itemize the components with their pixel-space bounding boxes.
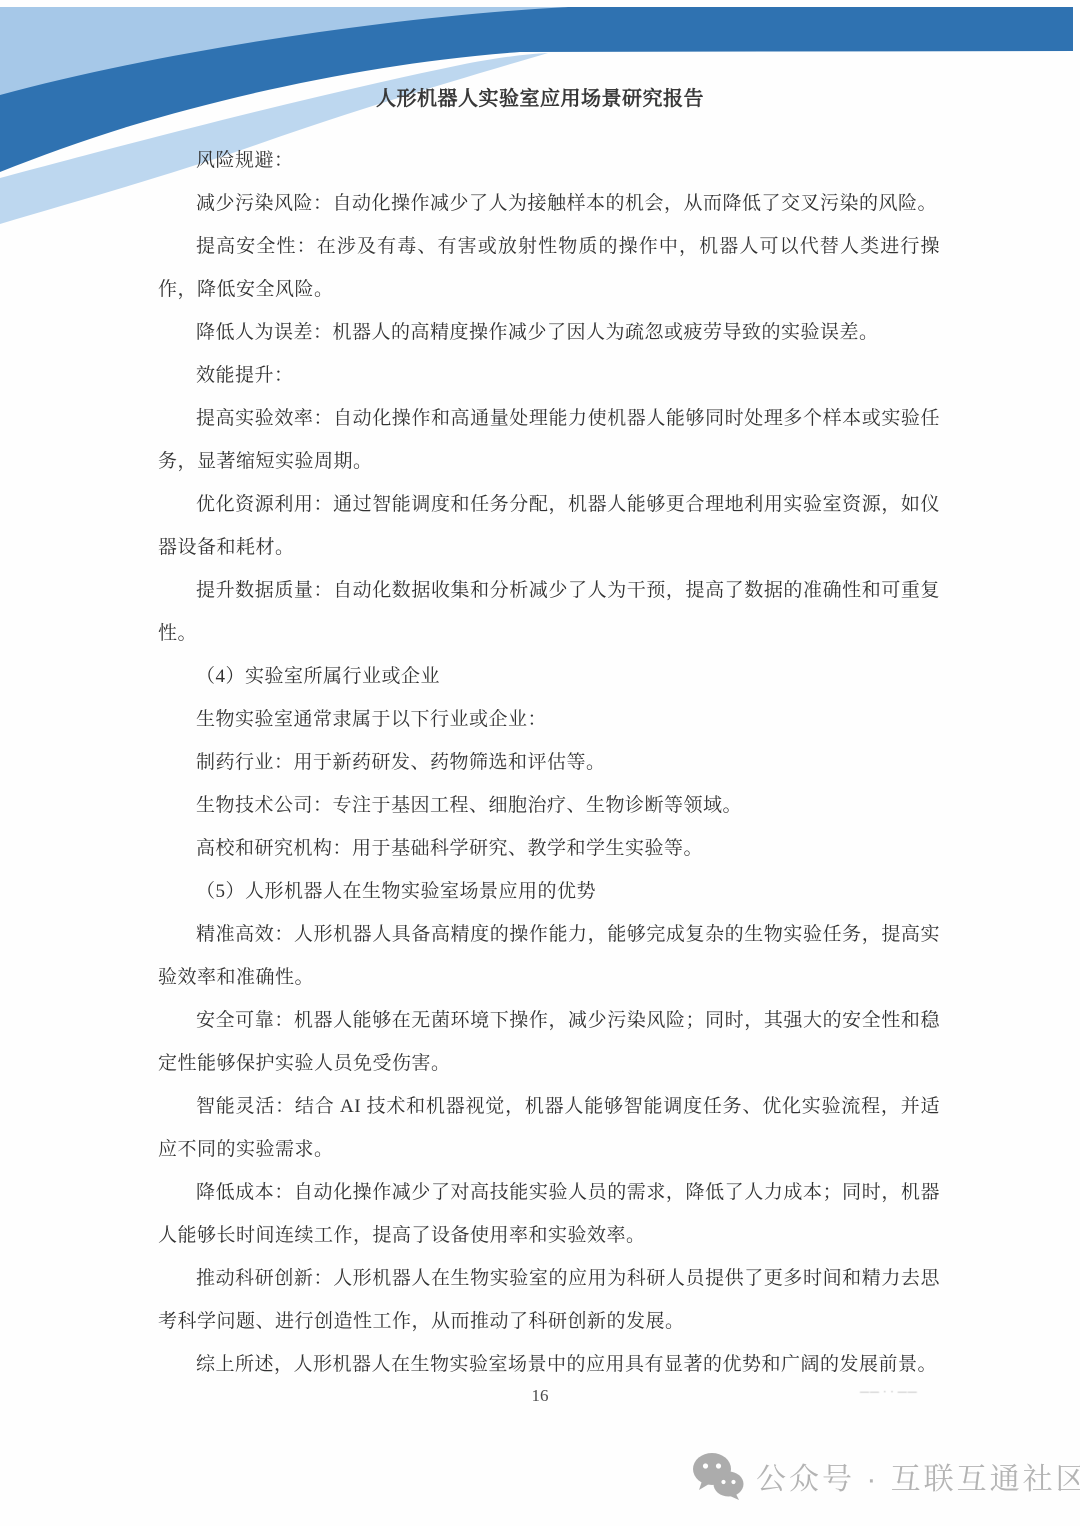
paragraph: 精准高效：人形机器人具备高精度的操作能力，能够完成复杂的生物实验任务，提高实验效… [158, 913, 940, 999]
corner-mark: —— · · —— [860, 1387, 940, 1395]
paragraph: 风险规避： [158, 139, 940, 182]
paragraph: 推动科研创新：人形机器人在生物实验室的应用为科研人员提供了更多时间和精力去思考科… [158, 1257, 940, 1343]
paragraph: 智能灵活：结合 AI 技术和机器视觉，机器人能够智能调度任务、优化实验流程，并适… [158, 1085, 940, 1171]
paragraph: 提升数据质量：自动化数据收集和分析减少了人为干预，提高了数据的准确性和可重复性。 [158, 569, 940, 655]
paragraph: 安全可靠：机器人能够在无菌环境下操作，减少污染风险；同时，其强大的安全性和稳定性… [158, 999, 940, 1085]
paragraph: 生物实验室通常隶属于以下行业或企业： [158, 698, 940, 741]
footer-watermark-label: 公众号 · 互联互通社区 [756, 1454, 1080, 1498]
paragraph: 综上所述，人形机器人在生物实验室场景中的应用具有显著的优势和广阔的发展前景。 [158, 1343, 940, 1386]
paragraph: （5）人形机器人在生物实验室场景应用的优势 [158, 870, 940, 913]
page-title: 人形机器人实验室应用场景研究报告 [0, 84, 1080, 114]
paragraph: 降低人为误差：机器人的高精度操作减少了因人为疏忽或疲劳导致的实验误差。 [158, 311, 940, 354]
paragraph: 高校和研究机构：用于基础科学研究、教学和学生实验等。 [158, 827, 940, 870]
wechat-icon [692, 1452, 744, 1500]
paragraph: 降低成本：自动化操作减少了对高技能实验人员的需求，降低了人力成本；同时，机器人能… [158, 1171, 940, 1257]
report-page: 人形机器人实验室应用场景研究报告 风险规避：减少污染风险：自动化操作减少了人为接… [0, 0, 1080, 1526]
paragraph: 优化资源利用：通过智能调度和任务分配，机器人能够更合理地利用实验室资源，如仪器设… [158, 483, 940, 569]
paragraph: 减少污染风险：自动化操作减少了人为接触样本的机会，从而降低了交叉污染的风险。 [158, 182, 940, 225]
paragraph: 制药行业：用于新药研发、药物筛选和评估等。 [158, 741, 940, 784]
footer-watermark: 公众号 · 互联互通社区 [692, 1452, 1080, 1500]
paragraph: （4）实验室所属行业或企业 [158, 655, 940, 698]
document-body: 风险规避：减少污染风险：自动化操作减少了人为接触样本的机会，从而降低了交叉污染的… [158, 139, 940, 1386]
paragraph: 效能提升： [158, 354, 940, 397]
paragraph: 提高安全性：在涉及有毒、有害或放射性物质的操作中，机器人可以代替人类进行操作，降… [158, 225, 940, 311]
paragraph: 提高实验效率：自动化操作和高通量处理能力使机器人能够同时处理多个样本或实验任务，… [158, 397, 940, 483]
paragraph: 生物技术公司：专注于基因工程、细胞治疗、生物诊断等领域。 [158, 784, 940, 827]
